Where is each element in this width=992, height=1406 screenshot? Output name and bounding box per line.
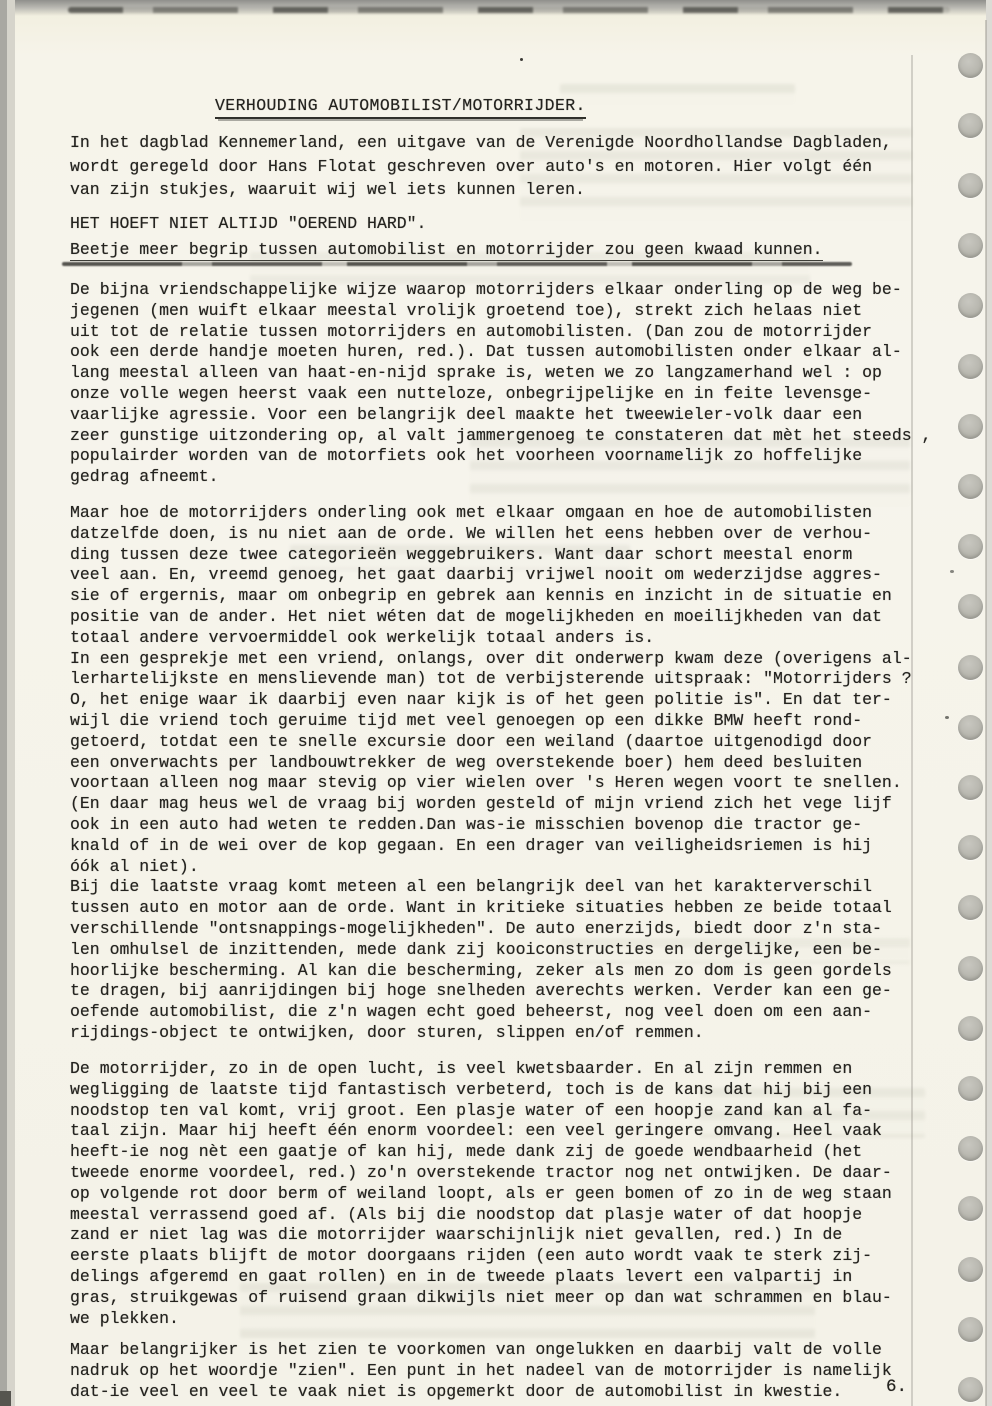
bleed-through-artifact xyxy=(560,84,795,104)
punch-hole xyxy=(958,354,983,379)
body-paragraph: Maar belangrijker is het zien te voorkom… xyxy=(70,1340,954,1402)
scan-bottom-left-corner-mark xyxy=(0,1391,11,1406)
punch-hole xyxy=(958,534,983,559)
punch-hole xyxy=(958,655,983,680)
document-title-text: VERHOUDING AUTOMOBILIST/MOTORRIJDER. xyxy=(215,96,586,119)
punch-hole xyxy=(958,1016,983,1041)
scan-left-edge-light xyxy=(7,0,15,1406)
heading-underline-smudge xyxy=(62,262,852,266)
section-heading: HET HOEFT NIET ALTIJD "OEREND HARD". xyxy=(70,214,426,233)
punch-hole xyxy=(958,1377,983,1402)
intro-paragraph: In het dagblad Kennemerland, een uitgave… xyxy=(70,131,954,202)
scan-left-edge-dark xyxy=(0,0,7,1406)
punch-hole xyxy=(958,1196,983,1221)
punch-hole xyxy=(958,293,983,318)
section-subheading: Beetje meer begrip tussen automobilist e… xyxy=(70,240,823,259)
punch-hole xyxy=(958,895,983,920)
scanned-document-page: VERHOUDING AUTOMOBILIST/MOTORRIJDER. In … xyxy=(0,0,992,1406)
section-subheading-text: Beetje meer begrip tussen automobilist e… xyxy=(70,240,823,261)
page-edge-outer-line xyxy=(985,20,987,1406)
punch-hole xyxy=(958,414,983,439)
punch-hole xyxy=(958,1136,983,1161)
scan-top-smudge-line xyxy=(68,7,950,13)
ink-speck xyxy=(520,58,523,61)
page-number: 6. xyxy=(886,1377,907,1397)
punch-hole xyxy=(958,956,983,981)
punch-hole xyxy=(958,594,983,619)
punch-hole xyxy=(958,1076,983,1101)
punch-hole xyxy=(958,113,983,138)
body-paragraph: Maar hoe de motorrijders onderling ook m… xyxy=(70,503,954,1044)
punch-hole xyxy=(958,173,983,198)
body-paragraph: De bijna vriendschappelijke wijze waarop… xyxy=(70,280,954,488)
punch-hole xyxy=(958,1257,983,1282)
punch-hole xyxy=(958,233,983,258)
punch-hole xyxy=(958,715,983,740)
punch-hole xyxy=(958,775,983,800)
punch-hole xyxy=(958,474,983,499)
document-title: VERHOUDING AUTOMOBILIST/MOTORRIJDER. xyxy=(215,96,586,115)
punch-hole xyxy=(958,53,983,78)
punch-hole xyxy=(958,1317,983,1342)
body-paragraph: De motorrijder, zo in de open lucht, is … xyxy=(70,1059,954,1329)
punch-hole xyxy=(958,835,983,860)
